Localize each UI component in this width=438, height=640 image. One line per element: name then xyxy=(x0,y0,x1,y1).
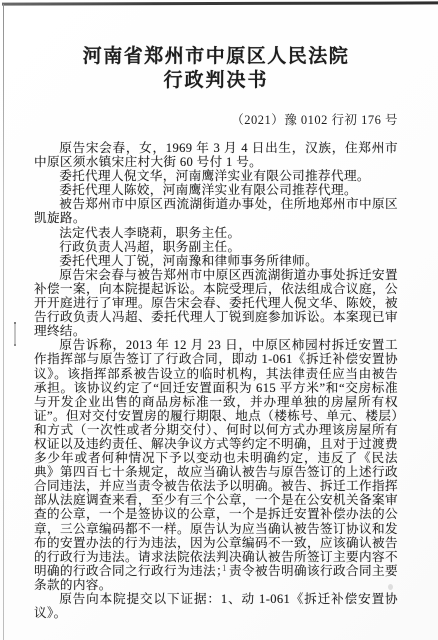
paragraph-plaintiff-claim: 原告诉称，2013 年 12 月 23 日，中原区柿园村拆迁安置工作指挥部与原告… xyxy=(34,338,398,592)
judgment-page: 河南省郑州市中原区人民法院 行政判决书 （2021）豫 0102 行初 176 … xyxy=(0,0,438,620)
paragraph-agent-2: 委托代理人陈姣，河南鹰洋实业有限公司推荐代理。 xyxy=(34,183,398,197)
case-number: （2021）豫 0102 行初 176 号 xyxy=(34,110,398,128)
document-photo: 河南省郑州市中原区人民法院 行政判决书 （2021）豫 0102 行初 176 … xyxy=(0,0,438,640)
paragraph-defendant-agent: 委托代理人丁锐，河南豫和律师事务所律师。 xyxy=(34,254,398,268)
document-type-title: 行政判决书 xyxy=(34,69,398,93)
judgment-body: 原告宋会春，女，1969 年 3 月 4 日出生，汉族，住郑州市中原区须水镇宋庄… xyxy=(34,141,398,620)
paragraph-agent-1: 委托代理人倪文华，河南鹰洋实业有限公司推荐代理。 xyxy=(34,169,398,183)
paragraph-legal-representative: 法定代表人李晓莉，职务主任。 xyxy=(34,226,398,240)
court-name: 河南省郑州市中原区人民法院 xyxy=(34,45,398,69)
paragraph-admin-head: 行政负责人冯超，职务副主任。 xyxy=(34,240,398,254)
page-number: 1 xyxy=(222,563,227,573)
paragraph-defendant: 被告郑州市中原区西流湖街道办事处，住所地郑州市中原区凯旋路。 xyxy=(34,197,398,225)
paragraph-case-summary: 原告宋会春与被告郑州市中原区西流湖街道办事处拆迁安置补偿一案，向本院提起诉讼。本… xyxy=(34,268,398,338)
paragraph-evidence: 原告向本院提交以下证据：1、动 1-061《拆迁补偿安置协议》。 xyxy=(34,592,398,620)
paragraph-plaintiff: 原告宋会春，女，1969 年 3 月 4 日出生，汉族，住郑州市中原区须水镇宋庄… xyxy=(34,141,398,169)
